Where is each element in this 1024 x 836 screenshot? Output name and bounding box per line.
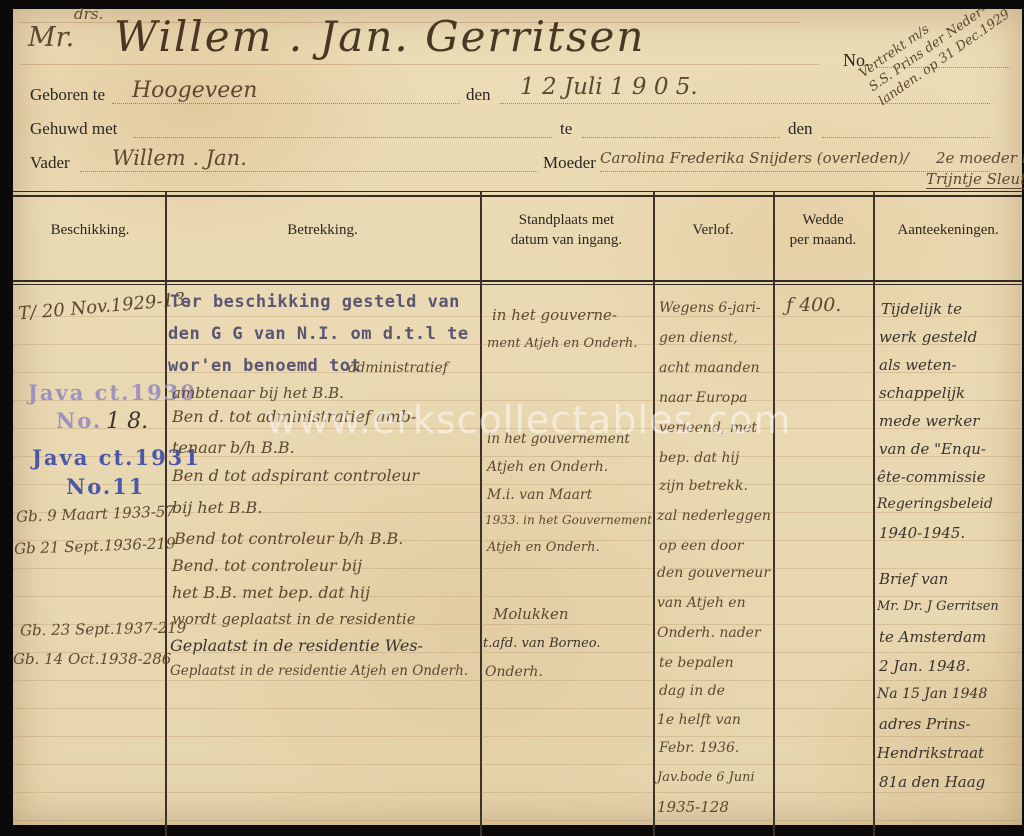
verlof-line: 1e helft van: [657, 712, 741, 728]
verlof-line: zijn betrekk.: [659, 478, 748, 494]
den-label-2: den: [788, 119, 813, 139]
verlof-line: den gouverneur: [657, 565, 770, 581]
ruled-lines-body: [13, 289, 1022, 825]
aanteekeningen-line: Na 15 Jan 1948: [877, 686, 987, 702]
aanteekeningen-line: mede werker: [879, 412, 979, 430]
verlof-line: bep. dat hij: [659, 450, 739, 466]
person-name: Willem . Jan. Gerritsen: [114, 12, 645, 61]
verlof-line: te bepalen: [659, 655, 734, 671]
beschikking-entry: Gb. 14 Oct.1938-286: [13, 650, 171, 668]
col-header-wedde-2: per maand.: [773, 232, 873, 249]
verlof-line: zal nederleggen: [657, 508, 771, 524]
vader-label: Vader: [30, 153, 70, 173]
aanteekeningen-line: 1940-1945.: [879, 524, 965, 542]
geboren-label: Geboren te: [30, 85, 105, 105]
wedde-value: ƒ 400.: [786, 294, 841, 316]
verlof-line: van Atjeh en: [657, 595, 746, 611]
geboren-date: 1 2 Juli 1 9 0 5.: [520, 74, 698, 100]
aanteekeningen-line: adres Prins-: [879, 715, 971, 733]
col-header-wedde-1: Wedde: [773, 212, 873, 229]
col-header-aanteekeningen: Aanteekeningen.: [873, 222, 1023, 239]
geboren-place: Hoogeveen: [132, 78, 257, 103]
verlof-line: dag in de: [659, 683, 725, 699]
header-bottom-rule-thick: [13, 280, 1022, 282]
standplaats-line: t.afd. van Borneo.: [483, 636, 601, 651]
verlof-line: Wegens 6-jari-: [659, 300, 761, 316]
standplaats-line: in het gouverne-: [492, 306, 617, 324]
col-header-standplaats-1: Standplaats met: [480, 212, 653, 229]
verlof-line: acht maanden: [659, 360, 760, 376]
title-superscript: drs.: [74, 5, 103, 23]
verlof-line: Onderh. nader: [657, 625, 761, 641]
betrekking-stamp-line: den G G van N.I. om d.t.l te: [168, 324, 469, 344]
header-bottom-rule-thin: [13, 284, 1022, 285]
verlof-line: Jav.bode 6 Juni: [657, 770, 755, 785]
vader-name: Willem . Jan.: [112, 146, 247, 170]
moeder-note-2: Trijntje Sleutel.: [926, 170, 1024, 189]
aanteekeningen-line: schappelijk: [879, 384, 965, 402]
col-header-beschikking: Beschikking.: [15, 222, 165, 239]
standplaats-line: 1933. in het Gouvernement: [485, 513, 652, 527]
col-header-verlof: Verlof.: [653, 222, 773, 239]
betrekking-line: het B.B. met bep. dat hij: [172, 583, 370, 602]
no-stamp-label: No.: [56, 408, 102, 433]
standplaats-line: Onderh.: [485, 664, 543, 680]
moeder-name: Carolina Frederika Snijders (overleden)/: [600, 149, 909, 167]
aanteekeningen-line: te Amsterdam: [879, 628, 986, 646]
beschikking-entry: Gb. 23 Sept.1937-219: [20, 619, 187, 640]
standplaats-line: ment Atjeh en Onderh.: [487, 336, 637, 351]
no-handwritten-value: 1 8.: [106, 409, 148, 434]
moeder-label: Moeder: [543, 153, 596, 173]
standplaats-line: M.i. van Maart: [487, 487, 592, 503]
betrekking-line: Geplaatst in de residentie Wes-: [170, 636, 423, 655]
aanteekeningen-line: Regeringsbeleid: [877, 496, 993, 512]
java-ct-1930-no: No. 1 8.: [56, 408, 148, 434]
aanteekeningen-line: Hendrikstraat: [877, 744, 984, 762]
aanteekeningen-line: 2 Jan. 1948.: [879, 657, 970, 675]
den-label-1: den: [466, 85, 491, 105]
aanteekeningen-line: ête-commissie: [877, 468, 986, 486]
betrekking-line: Bend tot controleur b/h B.B.: [174, 529, 403, 548]
moeder-note-1: 2e moeder is: [936, 149, 1024, 167]
betrekking-line: Bend. tot controleur bij: [172, 556, 362, 575]
betrekking-line: Geplaatst in de residentie Atjeh en Onde…: [170, 663, 468, 679]
standplaats-line: Molukken: [493, 605, 569, 623]
standplaats-line: Atjeh en Onderh.: [487, 540, 600, 555]
aanteekeningen-line: van de "Enqu-: [879, 440, 986, 458]
vader-leader: [80, 170, 538, 172]
verlof-line: 1935-128: [657, 798, 729, 816]
title-prefix: Mr.: [28, 22, 74, 53]
aanteekeningen-line: 81a den Haag: [879, 773, 985, 791]
col-header-standplaats-2: datum van ingang.: [480, 232, 653, 249]
betrekking-line: administratief: [348, 360, 448, 376]
betrekking-line: wordt geplaatst in de residentie: [172, 610, 416, 628]
aanteekeningen-line: als weten-: [879, 356, 957, 374]
te-label: te: [560, 119, 572, 139]
col-header-betrekking: Betrekking.: [165, 222, 480, 239]
verlof-line: gen dienst,: [659, 330, 738, 346]
watermark-text: www.erkscollectables.com: [266, 398, 791, 442]
standplaats-line: Atjeh en Onderh.: [487, 459, 608, 475]
betrekking-line: Ben d tot adspirant controleur: [172, 466, 419, 485]
aanteekeningen-line: Mr. Dr. J Gerritsen: [877, 599, 999, 614]
betrekking-stamp-line: wor'en benoemd tot: [168, 356, 361, 376]
betrekking-line: bij het B.B.: [172, 498, 262, 517]
den2-leader: [822, 136, 990, 138]
gehuwd-leader: [134, 136, 552, 138]
te-leader: [582, 136, 780, 138]
gehuwd-label: Gehuwd met: [30, 119, 117, 139]
ruled-line: [20, 64, 820, 65]
verlof-line: Febr. 1936.: [659, 740, 739, 756]
aanteekeningen-line: Tijdelijk te: [881, 300, 962, 318]
record-card-scan: drs. Mr. Willem . Jan. Gerritsen No. Ver…: [0, 0, 1024, 836]
aanteekeningen-line: Brief van: [879, 570, 948, 588]
verlof-line: op een door: [659, 538, 743, 554]
java-ct-1931-no: No.11: [66, 474, 145, 499]
betrekking-stamp-line: Ter beschikking gesteld van: [170, 292, 460, 312]
aanteekeningen-line: werk gesteld: [879, 328, 977, 346]
geboren-date-leader: [500, 102, 990, 104]
